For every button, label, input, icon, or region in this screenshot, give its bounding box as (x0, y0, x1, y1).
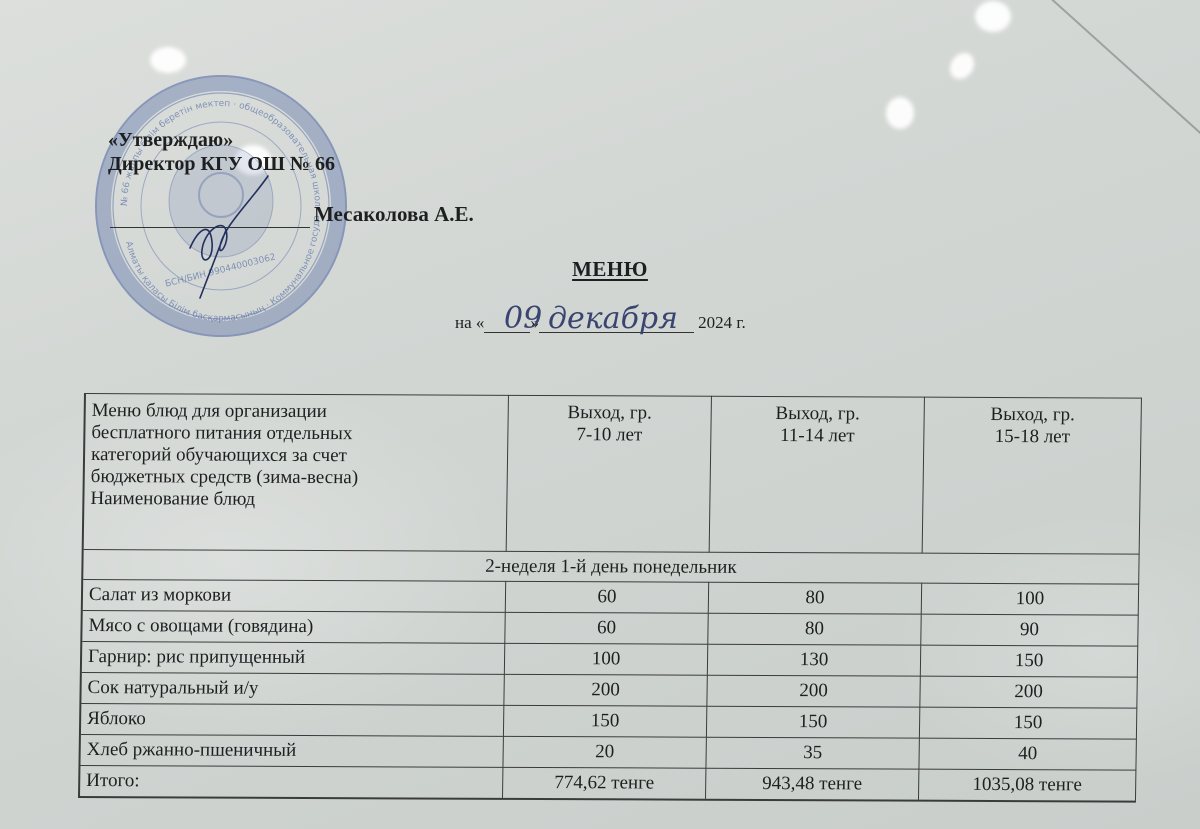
portion-11-14: 130 (707, 644, 920, 676)
table-header-row: Меню блюд для организации бесплатного пи… (83, 394, 1142, 555)
portion-7-10: 60 (505, 581, 708, 613)
dish-name: Мясо с овощами (говядина) (81, 611, 505, 644)
approval-heading: «Утверждаю» (108, 128, 335, 152)
section-row: 2-неделя 1-й день понедельник (82, 550, 1139, 585)
portion-11-14: 80 (708, 582, 921, 614)
total-row: Итого: 774,62 тенге 943,48 тенге 1035,08… (79, 766, 1136, 802)
total-15-18: 1035,08 тенге (918, 769, 1135, 801)
dish-name: Сок натуральный и/у (80, 673, 504, 706)
portion-11-14: 150 (706, 706, 919, 738)
document-photo: № 66 жалпы білім беретін мектеп · общеоб… (0, 0, 1200, 829)
ceiling-light-glare (975, 1, 1011, 32)
svg-text:09: 09 (504, 301, 542, 336)
total-label: Итого: (79, 766, 503, 799)
portion-15-18: 100 (921, 583, 1138, 615)
portion-7-10: 20 (503, 736, 706, 768)
table-row: Яблоко 150 150 150 (80, 704, 1137, 740)
approval-block: «Утверждаю» Директор КГУ ОШ № 66 (108, 128, 335, 176)
portion-15-18: 200 (920, 676, 1137, 708)
table-row: Мясо с овощами (говядина) 60 80 90 (81, 611, 1138, 647)
dish-name: Хлеб ржанно-пшеничный (79, 735, 503, 768)
portion-15-18: 40 (919, 738, 1136, 770)
table-row: Салат из моркови 60 80 100 (82, 580, 1139, 616)
paper-crease (1040, 0, 1200, 164)
ceiling-light-glare (945, 48, 979, 84)
ceiling-light-glare (886, 97, 914, 129)
menu-table: Меню блюд для организации бесплатного пи… (78, 393, 1142, 803)
header-age-7-10: Выход, гр. 7-10 лет (506, 395, 711, 552)
svg-text:декабря: декабря (548, 301, 678, 336)
dish-name: Салат из моркови (82, 580, 506, 613)
director-name: Месаколова А.Е. (314, 202, 474, 227)
header-age-15-18: Выход, гр. 15-18 лет (922, 397, 1141, 554)
header-dish-name: Меню блюд для организации бесплатного пи… (83, 394, 509, 552)
total-11-14: 943,48 тенге (705, 768, 918, 800)
portion-15-18: 150 (919, 707, 1136, 739)
table-row: Сок натуральный и/у 200 200 200 (80, 673, 1137, 709)
portion-7-10: 60 (505, 612, 708, 644)
table-row: Хлеб ржанно-пшеничный 20 35 40 (79, 735, 1136, 771)
ceiling-light-glare (150, 47, 186, 73)
portion-15-18: 90 (921, 614, 1138, 646)
dish-name: Яблоко (80, 704, 504, 737)
portion-15-18: 150 (920, 645, 1137, 677)
dish-name: Гарнир: рис припущенный (81, 642, 505, 675)
section-label: 2-неделя 1-й день понедельник (82, 550, 1139, 585)
portion-11-14: 35 (706, 737, 919, 769)
portion-7-10: 150 (503, 705, 706, 737)
table-row: Гарнир: рис припущенный 100 130 150 (81, 642, 1138, 678)
portion-7-10: 100 (504, 643, 707, 675)
handwritten-date: 09 декабря (490, 283, 720, 383)
document-title: МЕНЮ (0, 257, 1200, 282)
portion-11-14: 80 (708, 613, 921, 645)
total-7-10: 774,62 тенге (502, 767, 705, 799)
portion-11-14: 200 (707, 675, 920, 707)
portion-7-10: 200 (504, 674, 707, 706)
header-age-11-14: Выход, гр. 11-14 лет (709, 396, 924, 553)
